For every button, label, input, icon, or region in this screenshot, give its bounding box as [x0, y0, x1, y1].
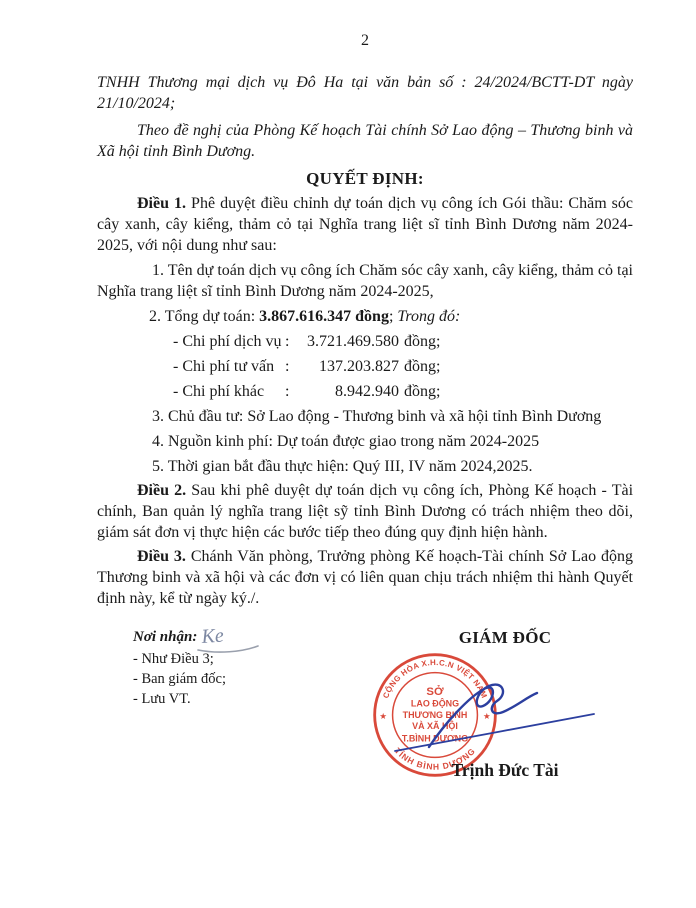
page-number: 2	[97, 30, 633, 51]
article-1-item-1: 1. Tên dự toán dịch vụ công ích Chăm sóc…	[97, 260, 633, 302]
cost-label: - Chi phí dịch vụ	[173, 331, 285, 352]
document-page: 2 TNHH Thương mại dịch vụ Đô Ha tại văn …	[0, 0, 696, 877]
article-1-label: Điều 1.	[137, 195, 186, 212]
intro-paragraph-1: TNHH Thương mại dịch vụ Đô Ha tại văn bả…	[97, 72, 633, 114]
article-1-item-2: 2. Tổng dự toán: 3.867.616.347 đồng; Tro…	[149, 306, 633, 327]
cost-colon: :	[285, 381, 295, 402]
handwritten-initials: Ke	[196, 617, 264, 659]
signature-block: GIÁM ĐỐC	[405, 627, 605, 648]
handwritten-initials-text: Ke	[200, 624, 225, 648]
total-budget-amount: 3.867.616.347 đồng	[259, 308, 389, 325]
cost-unit: đồng;	[404, 381, 440, 402]
signer-name: Trịnh Đức Tài	[385, 760, 625, 781]
intro-paragraph-2: Theo đề nghị của Phòng Kế hoạch Tài chín…	[97, 120, 633, 162]
cost-value: 137.203.827	[295, 356, 399, 377]
cost-value: 8.942.940	[295, 381, 399, 402]
cost-unit: đồng;	[404, 331, 440, 352]
article-3: Điều 3. Chánh Văn phòng, Trưởng phòng Kế…	[97, 546, 633, 609]
article-1-item-5: 5. Thời gian bắt đầu thực hiện: Quý III,…	[97, 456, 633, 477]
signature-tail	[395, 714, 594, 751]
cost-row-other: - Chi phí khác : 8.942.940 đồng;	[173, 381, 633, 402]
cost-value: 3.721.469.580	[295, 331, 399, 352]
cost-unit: đồng;	[404, 356, 440, 377]
recipient-item: - Lưu VT.	[133, 689, 226, 709]
cost-row-service: - Chi phí dịch vụ : 3.721.469.580 đồng;	[173, 331, 633, 352]
total-budget-note: Trong đó:	[397, 308, 460, 325]
cost-colon: :	[285, 356, 295, 377]
article-3-label: Điều 3.	[137, 548, 186, 565]
total-budget-prefix: 2. Tổng dự toán:	[149, 308, 259, 325]
cost-row-consulting: - Chi phí tư vấn : 137.203.827 đồng;	[173, 356, 633, 377]
recipient-item: - Ban giám đốc;	[133, 669, 226, 689]
cost-label: - Chi phí khác	[173, 381, 285, 402]
decision-heading: QUYẾT ĐỊNH:	[97, 168, 633, 189]
signature-flourish	[429, 685, 537, 747]
document-footer: Nơi nhận: - Như Điều 3; - Ban giám đốc; …	[97, 627, 633, 877]
cost-colon: :	[285, 331, 295, 352]
article-2-label: Điều 2.	[137, 482, 186, 499]
article-1-item-4: 4. Nguồn kinh phí: Dự toán được giao tro…	[97, 431, 633, 452]
article-1-item-3: 3. Chủ đầu tư: Sở Lao động - Thương binh…	[97, 406, 633, 427]
cost-label: - Chi phí tư vấn	[173, 356, 285, 377]
handwritten-signature	[387, 659, 602, 759]
signer-title: GIÁM ĐỐC	[405, 627, 605, 648]
article-1: Điều 1. Phê duyệt điều chỉnh dự toán dịc…	[97, 193, 633, 256]
article-2: Điều 2. Sau khi phê duyệt dự toán dịch v…	[97, 480, 633, 543]
